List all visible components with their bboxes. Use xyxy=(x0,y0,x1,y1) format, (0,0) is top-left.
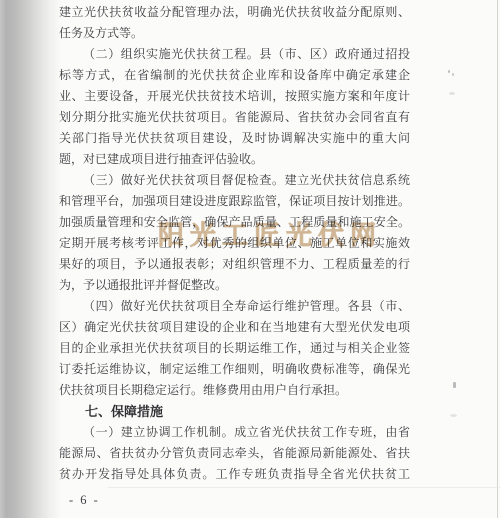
text-line: 任务及方式等。 xyxy=(59,23,410,44)
text-line: 定期开展考核考评工作，对优秀的组织单位、施工单位和实施效 xyxy=(59,233,410,254)
text-line: 贫办开发指导处具体负责。工作专班负责指导全省光伏扶贫工 xyxy=(59,464,410,485)
text-line: 能源局、省扶贫办分管负责同志牵头，省能源局新能源处、省扶 xyxy=(59,443,410,464)
text-line: （二）组织实施光伏扶贫工程。县（市、区）政府通过招投 xyxy=(59,44,410,65)
text-line: 伏扶贫项目长期稳定运行。维修费用由用户自行承担。 xyxy=(59,380,410,401)
scan-speck xyxy=(450,414,457,417)
text-line: 划分期分批实施光伏扶贫项目。省能源局、省扶贫办会同省直有 xyxy=(59,107,410,128)
scan-edge-line-right xyxy=(497,0,498,518)
text-line: 果好的项目，予以通报表彰；对组织管理不力、工程质量差的行 xyxy=(59,254,410,275)
text-line: 业、主要设备，开展光伏扶贫技术培训，按照实施方案和年度计 xyxy=(59,86,410,107)
text-line: 建立光伏扶贫收益分配管理办法，明确光伏扶贫收益分配原则、 xyxy=(59,2,410,23)
page-number: - 6 - xyxy=(69,493,100,508)
text-line: 为，予以通报批评并督促整改。 xyxy=(59,275,410,296)
text-line: （三）做好光伏扶贫项目督促检查。建立光伏扶贫信息系统 xyxy=(59,170,410,191)
scan-left-shadow xyxy=(0,0,62,518)
text-line: 订委托运维协议，制定运维工作细则，明确收费标准等，确保光 xyxy=(59,359,410,380)
text-line: 区）确定光伏扶贫项目建设的企业和在当地建有大型光伏发电项 xyxy=(59,317,410,338)
scanned-document-page: 建立光伏扶贫收益分配管理办法，明确光伏扶贫收益分配原则、 任务及方式等。 （二）… xyxy=(0,0,500,518)
scan-speck xyxy=(453,382,456,388)
text-line: （四）做好光伏扶贫项目全寿命运行维护管理。各县（市、 xyxy=(59,296,410,317)
text-line: 关部门指导光伏扶贫项目建设，及时协调解决实施中的重大问 xyxy=(59,128,410,149)
document-body: 建立光伏扶贫收益分配管理办法，明确光伏扶贫收益分配原则、 任务及方式等。 （二）… xyxy=(59,2,410,485)
text-line: 目的企业承担光伏扶贫项目的长期运维工作，通过与相关企业签 xyxy=(59,338,410,359)
scan-speck xyxy=(449,92,455,95)
text-line: 标等方式，在省编制的光伏扶贫企业库和设备库中确定承建企 xyxy=(59,65,410,86)
scan-speck xyxy=(448,70,450,73)
text-line: 和管理平台，加强项目建设进度跟踪监管，保证项目按计划推进。 xyxy=(59,191,410,212)
text-line: （一）建立协调工作机制。成立省光伏扶贫工作专班，由省 xyxy=(59,422,410,443)
scan-edge-line-bottom xyxy=(108,487,500,488)
text-line: 题，对已建成项目进行抽查评估验收。 xyxy=(59,149,410,170)
text-line: 加强质量管理和安全监管，确保产品质量、工程质量和施工安全。 xyxy=(59,212,410,233)
section-heading: 七、保障措施 xyxy=(59,401,410,422)
